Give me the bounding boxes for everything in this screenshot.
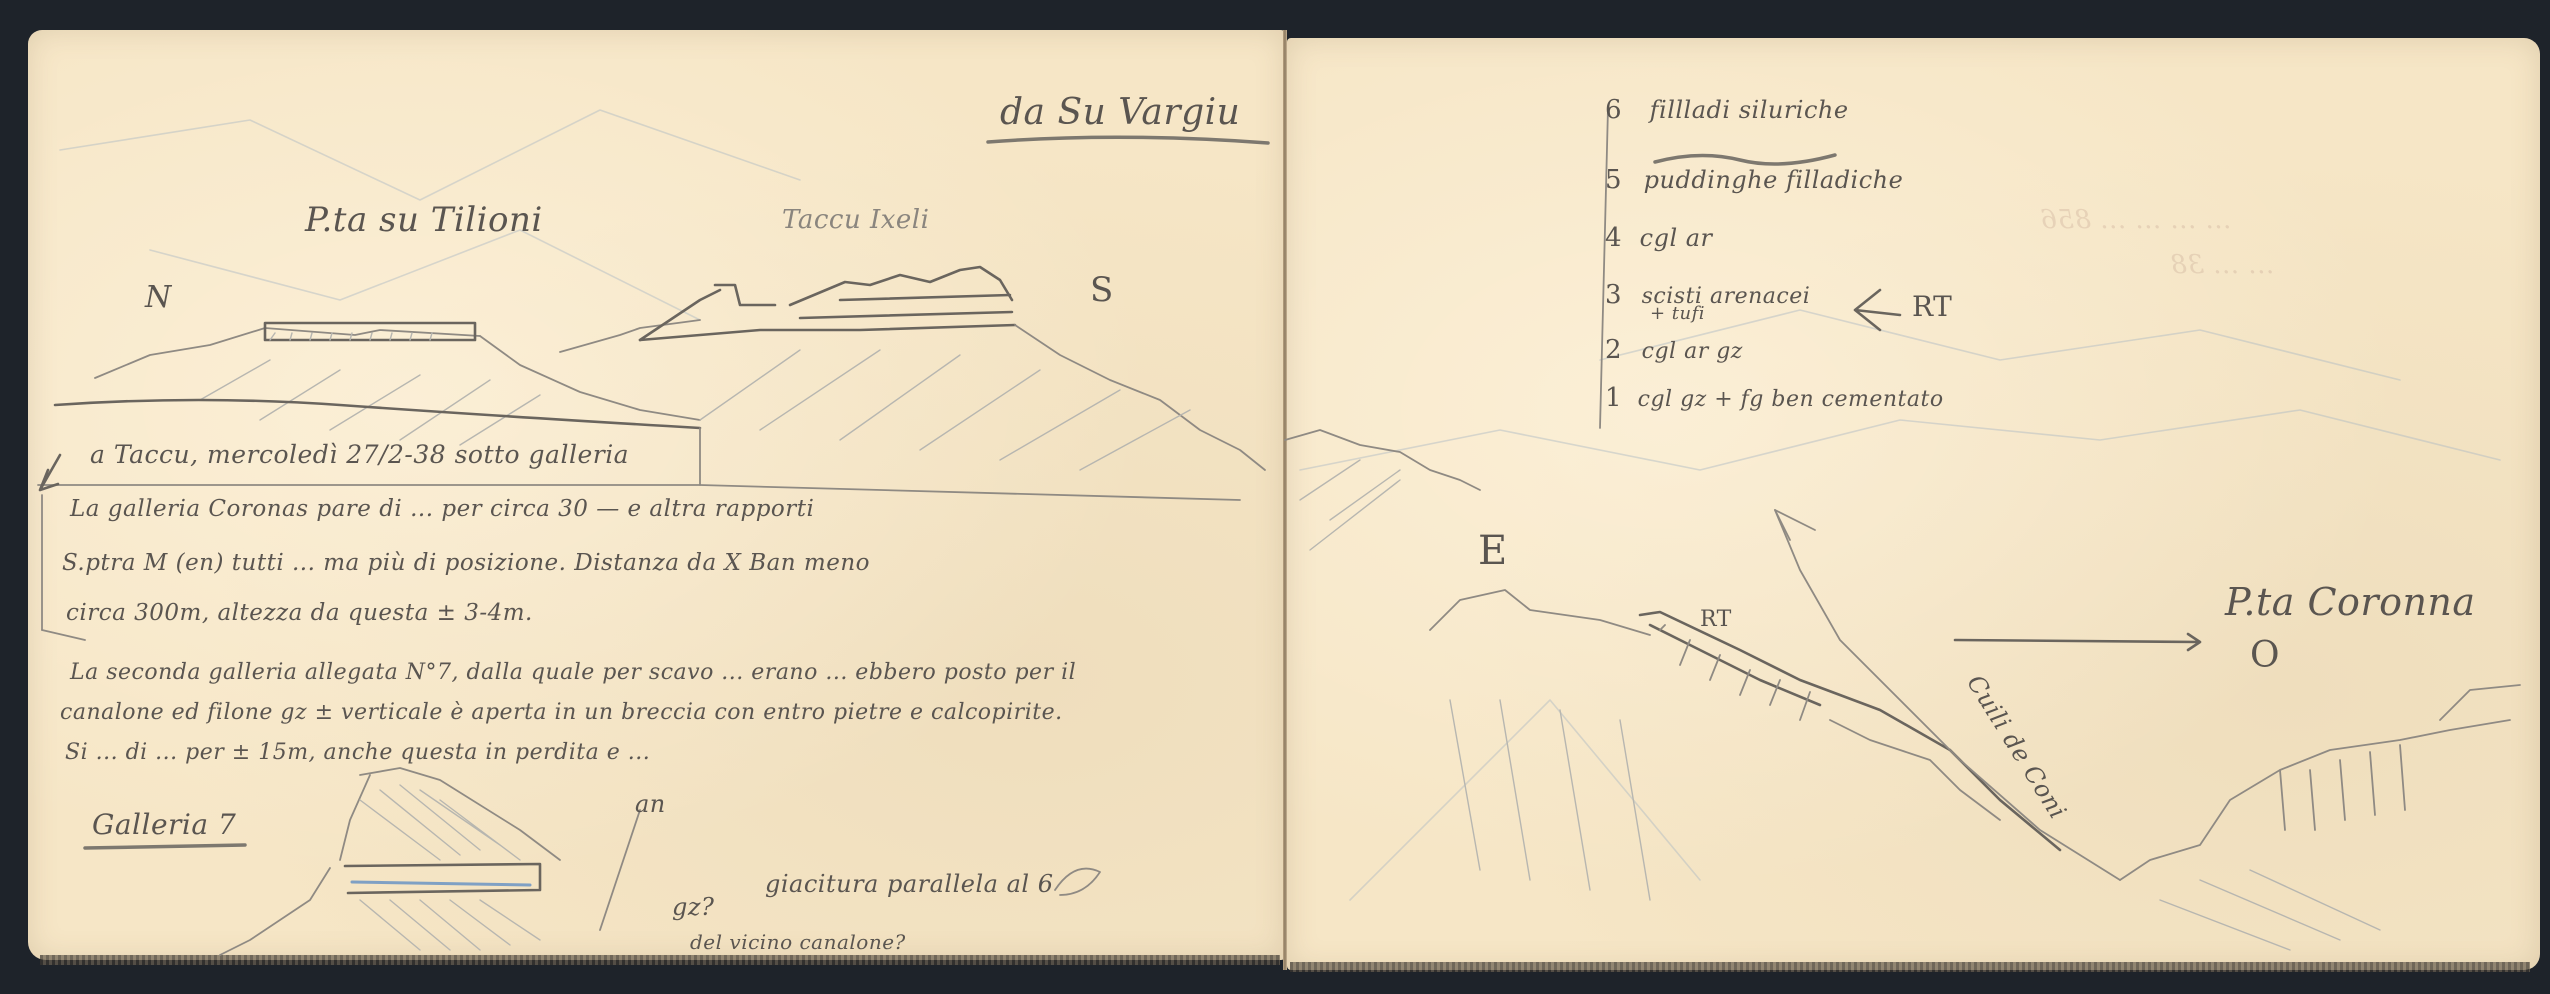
note-box-header: a Taccu, mercoledì 27/2-38 sotto galleri… <box>90 440 629 469</box>
legend-num: 1 <box>1605 383 1622 413</box>
legend-marker-rt: RT <box>1912 290 1952 323</box>
legend-num: 3 <box>1605 280 1622 310</box>
boxed-note-line-3: circa 300m, altezza da questa ± 3-4m. <box>66 600 533 626</box>
legend-row-5: 5 puddinghe filladiche <box>1605 165 1903 195</box>
label-east: E <box>1478 528 1508 574</box>
legend-row-3: 3 scisti arenacei <box>1605 280 1810 310</box>
note-line-2: canalone ed filone gz ± verticale è aper… <box>60 700 1063 725</box>
compass-north-label: N <box>145 280 172 315</box>
legend-num: 4 <box>1605 223 1622 253</box>
galleria-title: Galleria 7 <box>92 808 236 841</box>
boxed-note-line-1: La galleria Coronas pare di ... per circ… <box>70 496 814 522</box>
sketch-valley <box>1285 430 2520 950</box>
legend-text: fillladi siluriche <box>1650 96 1849 124</box>
legend-num: 5 <box>1605 165 1622 195</box>
label-west: O <box>2250 635 2280 676</box>
section-label-gz: gz? <box>672 893 714 921</box>
note-line-1: La seconda galleria allegata N°7, dalla … <box>70 660 1076 685</box>
label-peak-tilioni: P.ta su Tilioni <box>305 200 543 240</box>
legend-row-2: 2 cgl ar gz <box>1605 335 1743 365</box>
legend-num: 6 <box>1605 95 1622 125</box>
section-label-an: an <box>635 790 666 818</box>
heading-underline <box>988 137 1268 143</box>
sketch-galleria-section <box>85 768 1100 955</box>
page-heading: da Su Vargiu <box>1000 92 1240 133</box>
legend-bracket <box>1600 108 1900 428</box>
legend-text: cgl ar <box>1640 224 1713 252</box>
legend-num: 2 <box>1605 335 1622 365</box>
bleed-through-line-1: ... ... ... ... 856 <box>2040 205 2231 235</box>
legend-text: cgl ar gz <box>1642 339 1743 364</box>
label-rt-dike: RT <box>1700 607 1732 632</box>
sketch-mountain-left <box>95 323 700 445</box>
boxed-note-line-2: S.ptra M (en) tutti ... ma più di posizi… <box>62 550 870 576</box>
section-label-giacitura: giacitura parallela al 6 <box>765 870 1053 898</box>
note-line-3: Si ... di ... per ± 15m, anche questa in… <box>65 740 650 765</box>
compass-south-label: S <box>1090 270 1114 310</box>
legend-text: puddinghe filladiche <box>1644 166 1904 194</box>
legend-row-6: 6 fillladi siluriche <box>1605 95 1849 125</box>
legend-text: cgl gz + fg ben cementato <box>1638 387 1944 412</box>
sketch-mountain-right <box>560 267 1265 470</box>
legend-row-1: 1 cgl gz + fg ben cementato <box>1605 383 1944 413</box>
section-label-canalone: del vicino canalone? <box>690 930 906 954</box>
label-peak-coronna: P.ta Coronna <box>2225 580 2476 624</box>
bleed-through-line-2: ... ... 38 <box>2170 250 2274 280</box>
label-peak-taccu: Taccu Ixeli <box>782 205 929 235</box>
legend-row-4: 4 cgl ar <box>1605 223 1713 253</box>
legend-row-3-subtext: + tufi <box>1650 303 1705 324</box>
